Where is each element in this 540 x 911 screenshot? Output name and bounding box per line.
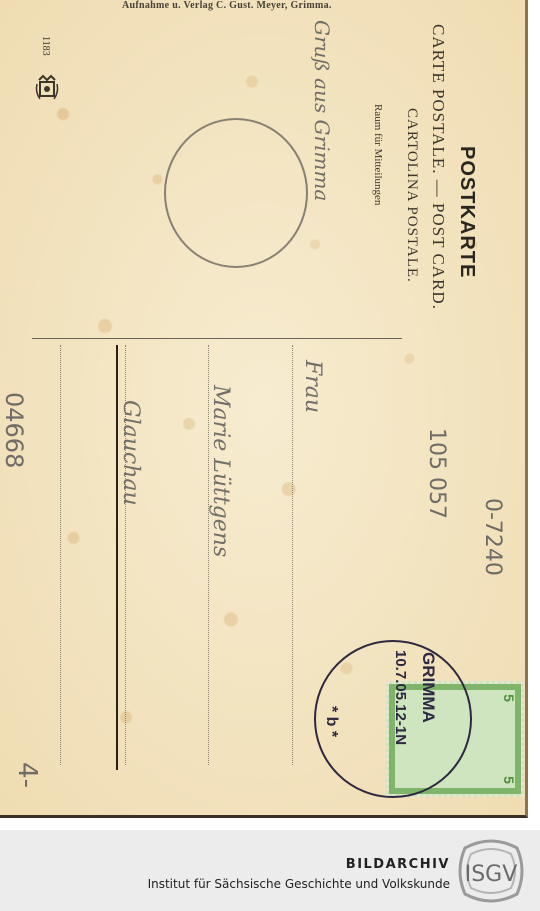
stamp-value: 5: [501, 694, 517, 702]
postcard-back: Aufnahme u. Verlag C. Gust. Meyer, Grimm…: [0, 0, 528, 818]
postcard-heading: POSTKARTE: [455, 146, 478, 278]
institute-name: Institut für Sächsische Geschichte und V…: [148, 877, 450, 891]
isgv-logo-icon: ISGV: [455, 836, 527, 906]
handwritten-message: Gruß aus Grimma: [310, 20, 334, 201]
divider-line: [32, 338, 402, 339]
svg-text:ISGV: ISGV: [465, 862, 518, 887]
handwritten-address-3: Glauchau: [118, 400, 143, 506]
postmark-city: GRIMMA: [418, 652, 438, 723]
crest-icon: [34, 74, 60, 104]
handwritten-address-1: Frau: [300, 360, 325, 413]
pencil-code-2: 105 057: [424, 428, 449, 519]
postmark-sub: * b *: [322, 706, 340, 737]
serial-number: 1183: [40, 36, 51, 56]
stamp-value: 5: [501, 776, 517, 784]
address-line: [292, 345, 293, 765]
message-space-label: Raum für Mitteilungen: [372, 104, 384, 205]
archive-title: BILDARCHIV: [346, 857, 450, 872]
address-line: [60, 345, 61, 765]
inventory-number: 04668: [0, 392, 28, 468]
postmark-date: 10.7.05.12-1N: [392, 650, 409, 745]
handwritten-address-2: Marie Lüttgens: [208, 385, 233, 557]
publisher-line: Aufnahme u. Verlag C. Gust. Meyer, Grimm…: [122, 0, 332, 11]
corner-mark: 4-: [12, 762, 42, 788]
postcard-subheading-1: CARTE POSTALE. — POST CARD.: [428, 24, 448, 310]
archive-footer: BILDARCHIV Institut für Sächsische Gesch…: [0, 830, 540, 911]
postcard-subheading-2: CARTOLINA POSTALE.: [403, 108, 420, 283]
postmark-faded: [164, 118, 308, 268]
pencil-code-1: 0-7240: [480, 498, 505, 576]
